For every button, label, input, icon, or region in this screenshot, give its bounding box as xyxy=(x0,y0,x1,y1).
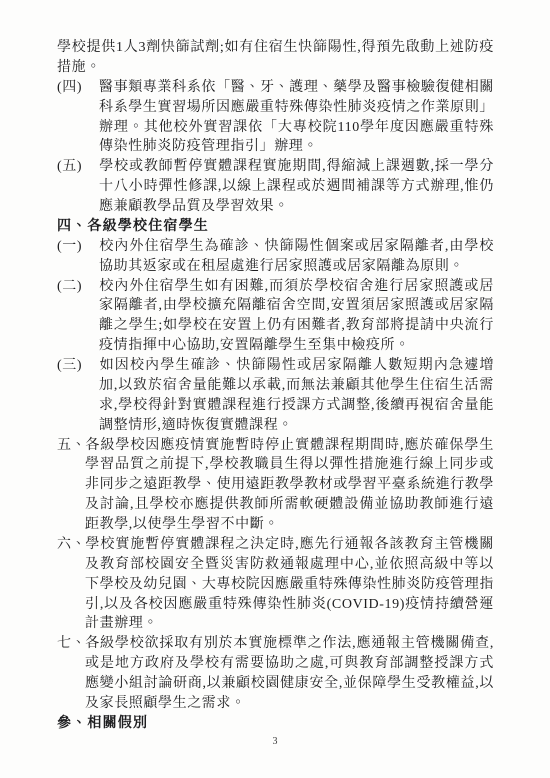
closing-heading: 參、相關假別 xyxy=(57,714,494,734)
paragraph-text: 各級學校因應疫情實施暫時停止實體課程期間時,應於確保學生學習品質之前提下,學校教… xyxy=(85,438,494,533)
list-item-marker: (四) xyxy=(57,78,99,98)
list-item-text: 校內外住宿學生如有困難,而須於學校宿舍進行居家照護或居家隔離者,由學校擴充隔離宿… xyxy=(99,279,494,354)
list-item-marker: (二) xyxy=(57,277,99,297)
list-item-sub-4: (四)醫事類專業科系依「醫、牙、護理、藥學及醫事檢驗復健相關科系學生實習場所因應… xyxy=(57,78,494,158)
paragraph-marker: 五、 xyxy=(57,436,85,456)
list-item-marker: (一) xyxy=(57,237,99,257)
paragraph-marker: 六、 xyxy=(57,535,85,555)
section-heading-four: 四、各級學校住宿學生 xyxy=(57,217,494,237)
list-item-2: (二)校內外住宿學生如有困難,而須於學校宿舍進行居家照護或居家隔離者,由學校擴充… xyxy=(57,277,494,357)
list-item-text: 學校或教師暫停實體課程實施期間,得縮減上課週數,採一學分十八小時彈性修課,以線上… xyxy=(99,159,494,214)
paragraph-text: 學校實施暫停實體課程之決定時,應先行通報各該教育主管機關及教育部校園安全暨災害防… xyxy=(85,537,494,632)
list-item-1: (一)校內外住宿學生為確診、快篩陽性個案或居家隔離者,由學校協助其返家或在租屋處… xyxy=(57,237,494,277)
paragraph-marker: 七、 xyxy=(57,634,85,654)
continuation-paragraph: 學校提供1人3劑快篩試劑;如有住宿生快篩陽性,得預先啟動上述防疫措施。 xyxy=(57,38,494,78)
list-item-3: (三)如因校內學生確診、快篩陽性或居家隔離人數短期內急遽增加,以致於宿舍量能難以… xyxy=(57,356,494,436)
numbered-paragraph-7: 七、各級學校欲採取有別於本實施標準之作法,應通報主管機關備查,或是地方政府及學校… xyxy=(57,634,494,714)
list-item-marker: (五) xyxy=(57,157,99,177)
list-item-sub-5: (五)學校或教師暫停實體課程實施期間,得縮減上課週數,採一學分十八小時彈性修課,… xyxy=(57,157,494,217)
list-item-marker: (三) xyxy=(57,356,99,376)
list-item-text: 醫事類專業科系依「醫、牙、護理、藥學及醫事檢驗復健相關科系學生實習場所因應嚴重特… xyxy=(99,80,494,155)
page-number: 3 xyxy=(0,736,550,747)
paragraph-text: 各級學校欲採取有別於本實施標準之作法,應通報主管機關備查,或是地方政府及學校有需… xyxy=(85,636,494,711)
numbered-paragraph-5: 五、各級學校因應疫情實施暫時停止實體課程期間時,應於確保學生學習品質之前提下,學… xyxy=(57,436,494,535)
document-page: 學校提供1人3劑快篩試劑;如有住宿生快篩陽性,得預先啟動上述防疫措施。 (四)醫… xyxy=(0,0,550,778)
list-item-text: 如因校內學生確診、快篩陽性或居家隔離人數短期內急遽增加,以致於宿舍量能難以承載,… xyxy=(99,358,494,433)
numbered-paragraph-6: 六、學校實施暫停實體課程之決定時,應先行通報各該教育主管機關及教育部校園安全暨災… xyxy=(57,535,494,634)
list-item-text: 校內外住宿學生為確診、快篩陽性個案或居家隔離者,由學校協助其返家或在租屋處進行居… xyxy=(99,239,494,274)
document-content: 學校提供1人3劑快篩試劑;如有住宿生快篩陽性,得預先啟動上述防疫措施。 (四)醫… xyxy=(57,38,494,734)
